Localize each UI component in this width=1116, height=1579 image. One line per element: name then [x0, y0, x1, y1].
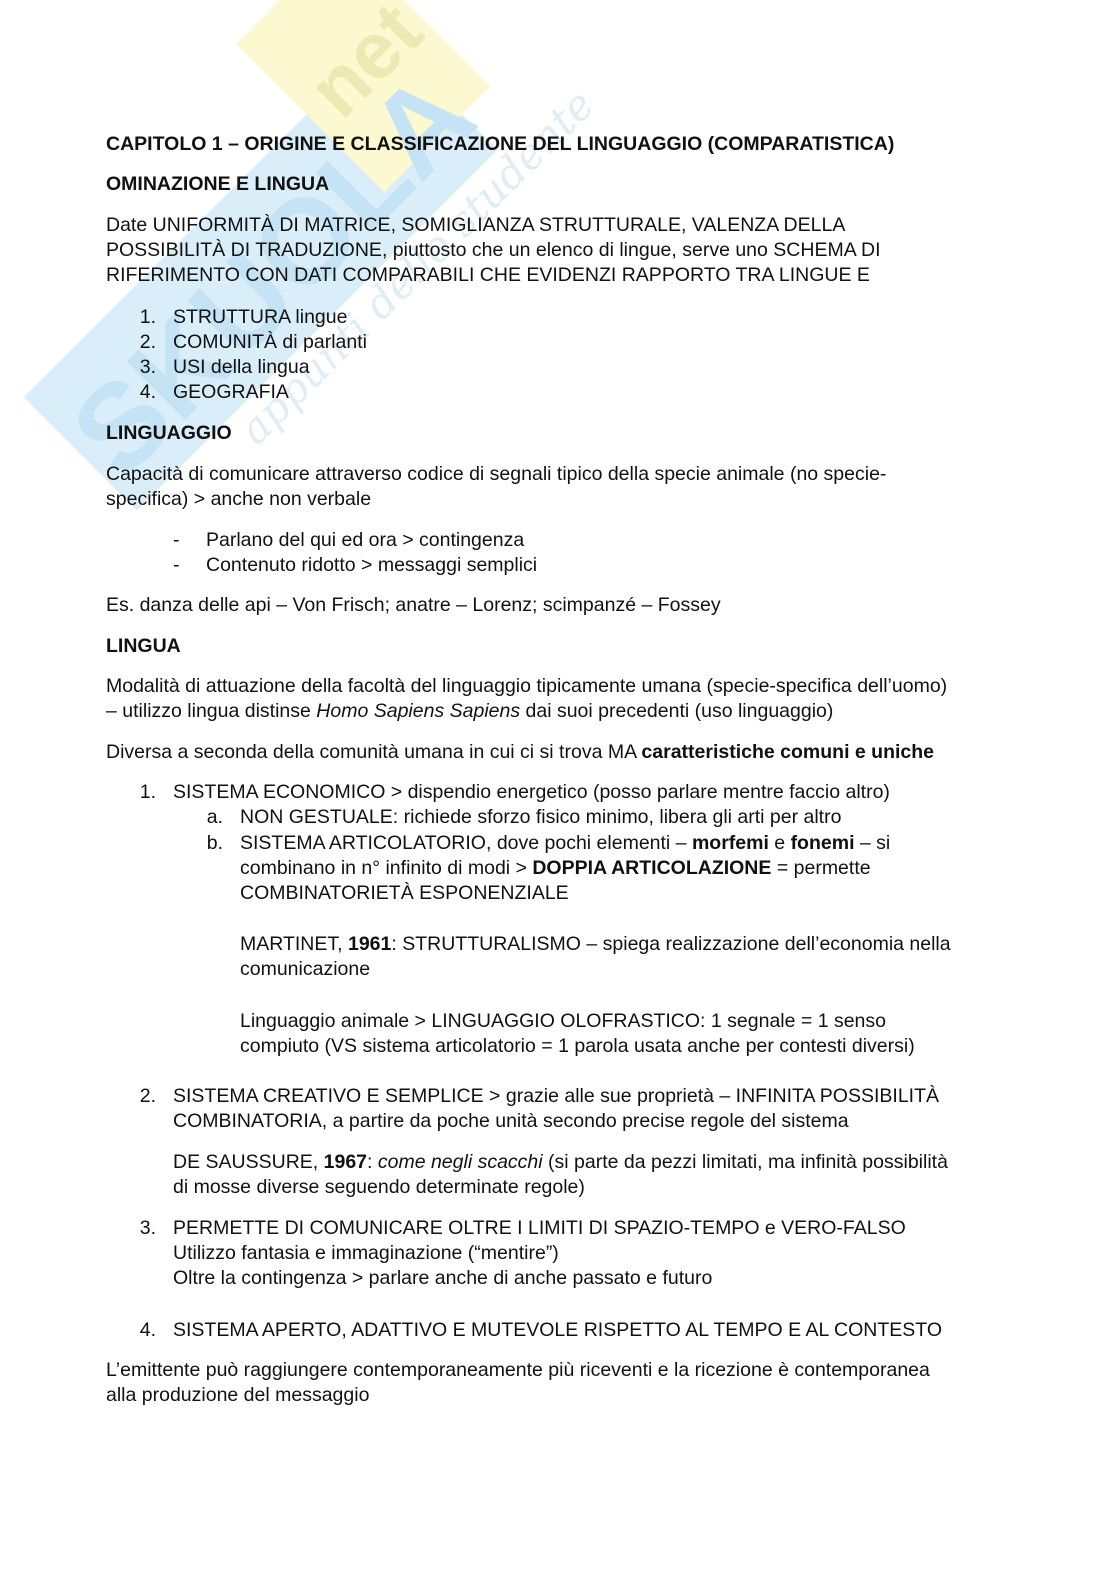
list-number: 1. — [126, 305, 156, 330]
italic-term: come negli scacchi — [378, 1151, 543, 1173]
text-run: – si — [854, 832, 890, 854]
martinet-note-line-2: comunicazione — [240, 957, 370, 982]
examples-line: Es. danza delle api – Von Frisch; anatre… — [106, 593, 721, 618]
list-item-line-2: COMBINATORIA, a partire da poche unità s… — [173, 1109, 849, 1134]
text-run: (si parte da pezzi limitati, ma infinità… — [543, 1151, 948, 1173]
sublist-item-line-3: COMBINATORIETÀ ESPONENZIALE — [240, 881, 569, 906]
sublist-letter: b. — [193, 831, 223, 856]
bold-term: morfemi — [692, 832, 769, 854]
text-run: combinano in n° infinito di modi > — [240, 857, 532, 879]
section-heading-linguaggio: LINGUAGGIO — [106, 421, 232, 446]
text-run: e — [769, 832, 791, 854]
list-item: Contenuto ridotto > messaggi semplici — [206, 553, 537, 578]
list-number: 4. — [126, 1318, 156, 1343]
closing-paragraph-line-1: L’emittente può raggiungere contemporane… — [106, 1358, 930, 1383]
italic-term: Homo Sapiens Sapiens — [316, 700, 520, 722]
watermark-brand-suffix: net — [291, 0, 439, 134]
list-number: 2. — [126, 1084, 156, 1109]
text-run: – utilizzo lingua distinse — [106, 700, 316, 722]
bold-term: caratteristiche comuni e uniche — [641, 741, 934, 763]
list-item: STRUTTURA lingue — [173, 305, 347, 330]
saussure-note-line-2: di mosse diverse seguendo determinate re… — [173, 1175, 585, 1200]
lingua-paragraph-line-1: Modalità di attuazione della facoltà del… — [106, 674, 947, 699]
bullet-dash: - — [173, 528, 180, 553]
text-run: dai suoi precedenti (uso linguaggio) — [520, 700, 833, 722]
list-item: COMUNITÀ di parlanti — [173, 330, 367, 355]
sublist-letter: a. — [193, 805, 223, 830]
sublist-item-line-2: combinano in n° infinito di modi > DOPPI… — [240, 856, 871, 881]
list-item: SISTEMA ECONOMICO > dispendio energetico… — [173, 780, 890, 805]
chapter-title: CAPITOLO 1 – ORIGINE E CLASSIFICAZIONE D… — [106, 132, 894, 157]
lingua-paragraph-line-2: – utilizzo lingua distinse Homo Sapiens … — [106, 699, 833, 724]
olofrastico-note: Linguaggio animale > LINGUAGGIO OLOFRAST… — [240, 1009, 886, 1034]
list-item: GEOGRAFIA — [173, 380, 289, 405]
list-item-line-2: Utilizzo fantasia e immaginazione (“ment… — [173, 1241, 559, 1266]
sublist-item: NON GESTUALE: richiede sforzo fisico min… — [240, 805, 841, 830]
text-run: MARTINET, — [240, 933, 348, 955]
list-number: 1. — [126, 780, 156, 805]
sublist-item: SISTEMA ARTICOLATORIO, dove pochi elemen… — [240, 831, 890, 856]
intro-paragraph-line-3: RIFERIMENTO CON DATI COMPARABILI CHE EVI… — [106, 263, 870, 288]
list-item-line-3: Oltre la contingenza > parlare anche di … — [173, 1266, 712, 1291]
bold-term: fonemi — [791, 832, 855, 854]
text-run: : — [367, 1151, 378, 1173]
list-item: USI della lingua — [173, 355, 310, 380]
section-heading-lingua: LINGUA — [106, 634, 181, 659]
bold-term: DOPPIA ARTICOLAZIONE — [532, 857, 771, 879]
text-run: = permette — [771, 857, 870, 879]
list-number: 3. — [126, 355, 156, 380]
intro-paragraph-line-2: POSSIBILITÀ DI TRADUZIONE, piuttosto che… — [106, 238, 881, 263]
list-item: Parlano del qui ed ora > contingenza — [206, 528, 524, 553]
text-run: SISTEMA ARTICOLATORIO, dove pochi elemen… — [240, 832, 692, 854]
list-item: PERMETTE DI COMUNICARE OLTRE I LIMITI DI… — [173, 1216, 906, 1241]
text-run: DE SAUSSURE, — [173, 1151, 324, 1173]
list-item: SISTEMA APERTO, ADATTIVO E MUTEVOLE RISP… — [173, 1318, 942, 1343]
list-number: 4. — [126, 380, 156, 405]
saussure-note: DE SAUSSURE, 1967: come negli scacchi (s… — [173, 1150, 948, 1175]
list-item: SISTEMA CREATIVO E SEMPLICE > grazie all… — [173, 1084, 939, 1109]
section-heading-ominazione: OMINAZIONE E LINGUA — [106, 172, 329, 197]
list-number: 3. — [126, 1216, 156, 1241]
watermark-yellow-panel — [236, 0, 491, 192]
martinet-note: MARTINET, 1961: STRUTTURALISMO – spiega … — [240, 932, 951, 957]
linguaggio-paragraph-line-1: Capacità di comunicare attraverso codice… — [106, 462, 886, 487]
olofrastico-note-line-2: compiuto (VS sistema articolatorio = 1 p… — [240, 1034, 915, 1059]
text-run: Diversa a seconda della comunità umana i… — [106, 741, 641, 763]
text-run: : STRUTTURALISMO – spiega realizzazione … — [391, 933, 950, 955]
bold-year: 1961 — [348, 933, 391, 955]
linguaggio-paragraph-line-2: specifica) > anche non verbale — [106, 487, 371, 512]
lingua-paragraph-2: Diversa a seconda della comunità umana i… — [106, 740, 934, 765]
bold-year: 1967 — [324, 1151, 367, 1173]
bullet-dash: - — [173, 553, 180, 578]
closing-paragraph-line-2: alla produzione del messaggio — [106, 1383, 369, 1408]
intro-paragraph-line-1: Date UNIFORMITÀ DI MATRICE, SOMIGLIANZA … — [106, 213, 845, 238]
list-number: 2. — [126, 330, 156, 355]
